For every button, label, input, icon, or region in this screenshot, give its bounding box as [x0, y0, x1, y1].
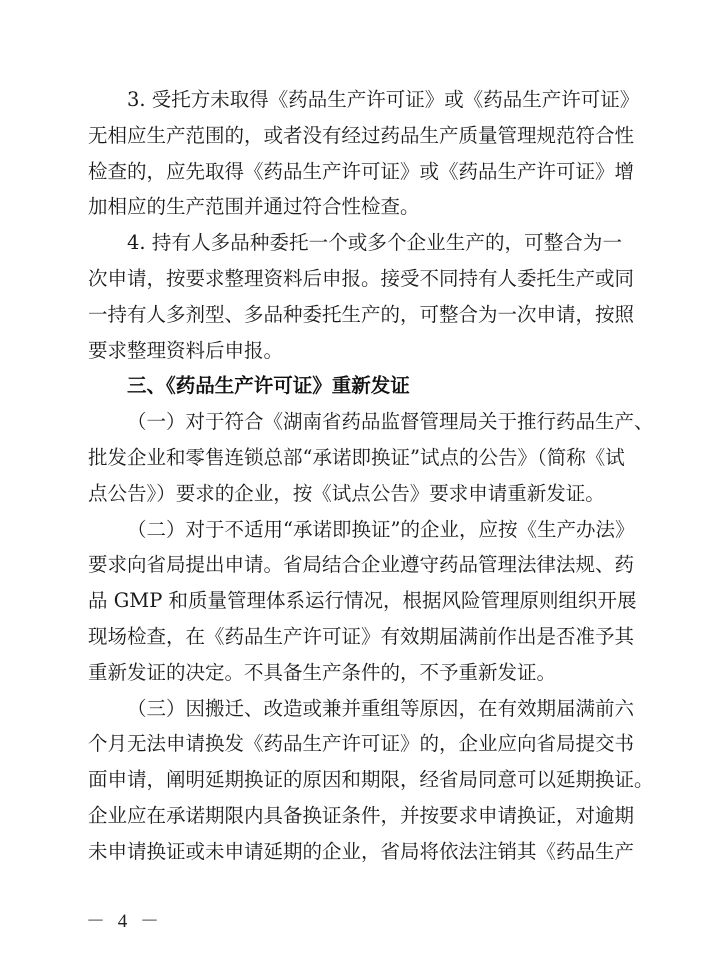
paragraph-item-4: 4. 持有人多品种委托一个或多个企业生产的，可整合为一 次申请，按要求整理资料后…	[88, 225, 622, 368]
paragraph-sub-1: （一）对于符合《湖南省药品监督管理局关于推行药品生产、 批发企业和零售连锁总部“…	[88, 404, 622, 511]
text-line: （一）对于符合《湖南省药品监督管理局关于推行药品生产、	[88, 404, 622, 440]
text-line: 个月无法申请换发《药品生产许可证》的，企业应向省局提交书	[88, 726, 622, 762]
section-heading: 三、《药品生产许可证》重新发证	[88, 368, 622, 404]
text-line: 企业应在承诺期限内具备换证条件，并按要求申请换证，对逾期	[88, 798, 622, 834]
text-line: 重新发证的决定。不具备生产条件的，不予重新发证。	[88, 655, 622, 691]
text-line: 品 GMP 和质量管理体系运行情况，根据风险管理原则组织开展	[88, 583, 622, 619]
text-line: 次申请，按要求整理资料后申报。接受不同持有人委托生产或同	[88, 261, 622, 297]
paragraph-item-3: 3. 受托方未取得《药品生产许可证》或《药品生产许可证》 无相应生产范围的，或者…	[88, 82, 622, 225]
paragraph-sub-3: （三）因搬迁、改造或兼并重组等原因，在有效期届满前六 个月无法申请换发《药品生产…	[88, 691, 622, 870]
text-line: 面申请，阐明延期换证的原因和期限，经省局同意可以延期换证。	[88, 762, 622, 798]
page-number: － 4 －	[86, 906, 163, 933]
text-line: 一持有人多剂型、多品种委托生产的，可整合为一次申请，按照	[88, 297, 622, 333]
text-line: 批发企业和零售连锁总部“承诺即换证”试点的公告》（简称《试	[88, 440, 622, 476]
text-line: 3. 受托方未取得《药品生产许可证》或《药品生产许可证》	[88, 82, 622, 118]
document-page: 3. 受托方未取得《药品生产许可证》或《药品生产许可证》 无相应生产范围的，或者…	[0, 0, 707, 958]
text-line: （三）因搬迁、改造或兼并重组等原因，在有效期届满前六	[88, 691, 622, 727]
text-line: 点公告》）要求的企业，按《试点公告》要求申请重新发证。	[88, 476, 622, 512]
text-line: 要求整理资料后申报。	[88, 333, 622, 369]
text-line: 4. 持有人多品种委托一个或多个企业生产的，可整合为一	[88, 225, 622, 261]
section-heading-text: 三、《药品生产许可证》重新发证	[88, 368, 622, 404]
text-line: （二）对于不适用“承诺即换证”的企业，应按《生产办法》	[88, 512, 622, 548]
document-body: 3. 受托方未取得《药品生产许可证》或《药品生产许可证》 无相应生产范围的，或者…	[88, 82, 622, 870]
text-line: 无相应生产范围的，或者没有经过药品生产质量管理规范符合性	[88, 118, 622, 154]
text-line: 现场检查，在《药品生产许可证》有效期届满前作出是否准予其	[88, 619, 622, 655]
text-line: 未申请换证或未申请延期的企业，省局将依法注销其《药品生产	[88, 834, 622, 870]
text-line: 检查的，应先取得《药品生产许可证》或《药品生产许可证》增	[88, 154, 622, 190]
text-line: 加相应的生产范围并通过符合性检查。	[88, 189, 622, 225]
text-line: 要求向省局提出申请。省局结合企业遵守药品管理法律法规、药	[88, 547, 622, 583]
paragraph-sub-2: （二）对于不适用“承诺即换证”的企业，应按《生产办法》 要求向省局提出申请。省局…	[88, 512, 622, 691]
